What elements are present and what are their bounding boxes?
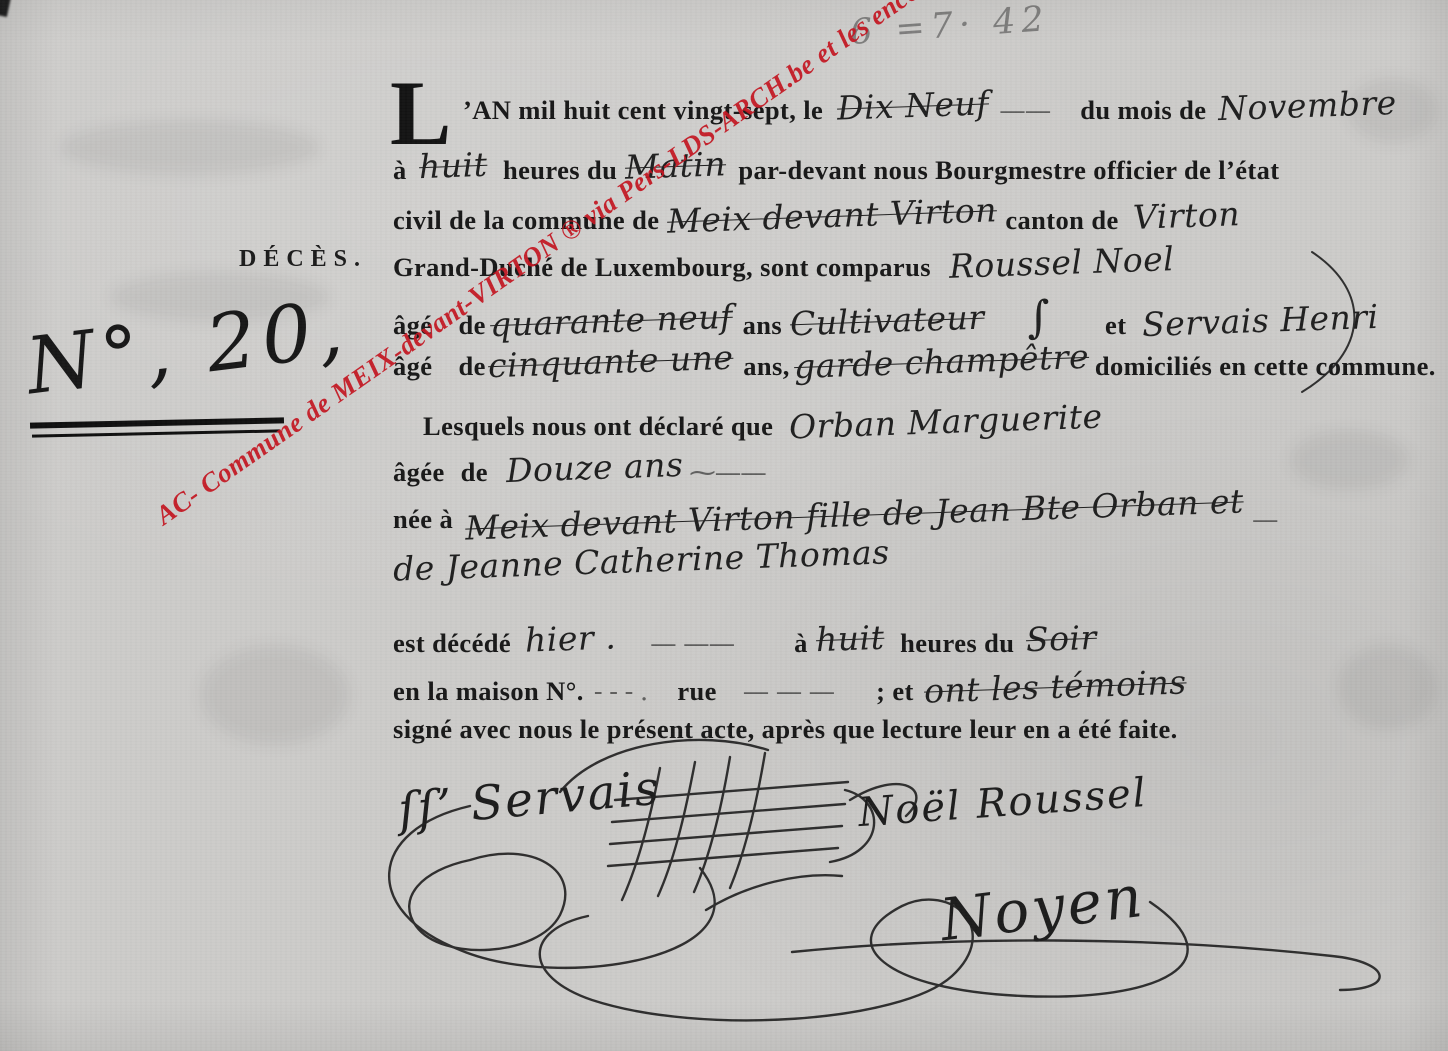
handwritten-witnesses-note: ont les témoins [923, 662, 1187, 710]
signature-witness-roussel: Noël Roussel [857, 770, 1149, 836]
printed-text: en la maison N°. [393, 676, 584, 706]
handwritten-witness1-name: Roussel Noel [948, 239, 1174, 286]
handwritten-canton: Virton [1132, 194, 1240, 237]
pen-dash: — [1252, 504, 1278, 535]
printed-text: canton de [1005, 205, 1118, 235]
printed-text: heures du [900, 628, 1014, 658]
act-line-12: en la maison N°.- - - .rue— — —; etont l… [393, 669, 1186, 708]
death-record-scan: 6 =7· 42 N°, 20, DÉCÈS. L ’AN mil huit c… [0, 0, 1448, 1051]
printed-text: ans, [743, 351, 790, 381]
signature-officer-noyen: Noyen [937, 862, 1149, 954]
margin-act-number: N°, 20, [22, 284, 353, 413]
printed-text: à [393, 155, 407, 185]
act-line-10: de Jeanne Catherine Thomas [393, 543, 890, 582]
act-line-2: àhuitheures duMatinpar-devant nous Bourg… [393, 148, 1280, 187]
handwritten-profession: garde champêtre [793, 337, 1089, 386]
handwritten-death-day: hier . [524, 617, 616, 659]
signature-witness-servais: ſſ’ Servais [396, 761, 663, 839]
act-line-6: âgédecinquante uneans,garde champêtredom… [393, 344, 1436, 383]
bleed-through-smudge [200, 645, 350, 745]
handwritten-commune: Meix devant Virton [667, 190, 998, 240]
pen-dash: — —— [650, 628, 734, 659]
act-line-13: signé avec nous le présent acte, après q… [393, 714, 1178, 745]
printed-text: domiciliés en cette commune. [1095, 351, 1436, 381]
margin-double-rule [30, 417, 284, 428]
act-line-7: Lesquels nous ont déclaré queOrban Margu… [393, 404, 1103, 443]
scan-corner-mark [0, 0, 11, 17]
printed-text: à [794, 628, 808, 658]
act-line-3: civil de la commune deMeix devant Virton… [393, 198, 1240, 237]
handwritten-deceased-name: Orban Marguerite [789, 397, 1104, 447]
pen-dash: —— [999, 95, 1050, 126]
printed-text: signé avec nous le présent acte, après q… [393, 714, 1178, 744]
pen-dash: ⁓—— [689, 457, 766, 488]
printed-text: et [1105, 310, 1126, 340]
printed-text: ans [743, 310, 783, 340]
bleed-through-smudge [1338, 645, 1438, 730]
handwritten-hour: huit [418, 145, 488, 186]
printed-text: Lesquels nous ont déclaré que [423, 411, 773, 441]
pen-dash: - - - . [594, 676, 648, 707]
printed-text: heures du [503, 155, 617, 185]
handwritten-death-period: Soir [1026, 618, 1098, 659]
printed-text: de [458, 351, 485, 381]
pen-flourish: ∫ [1026, 292, 1051, 344]
pen-dash: — — — [743, 676, 834, 707]
printed-text: de [461, 457, 488, 487]
act-line-5: âgédequarante neufansCultivateur∫etServa… [393, 294, 1379, 345]
handwritten-witness2-name: Servais Henri [1142, 297, 1380, 344]
printed-text: est décédé [393, 628, 511, 658]
act-line-11: est décédéhier .— ——àhuitheures duSoir [393, 621, 1097, 660]
bleed-through-smudge [60, 120, 320, 175]
margin-double-rule [32, 429, 280, 437]
act-type-label: DÉCÈS. [239, 246, 367, 273]
printed-text: née à [393, 504, 453, 534]
printed-text: du mois de [1080, 95, 1206, 125]
printed-text: âgée [393, 457, 445, 487]
printed-text: rue [677, 676, 716, 706]
bleed-through-smudge [1290, 430, 1410, 490]
printed-text: par-devant nous Bourgmestre officier de … [738, 155, 1279, 185]
printed-text: ; et [876, 676, 914, 706]
act-line-8: âgéedeDouze ans⁓—— [393, 450, 766, 489]
handwritten-profession: Cultivateur [789, 298, 985, 344]
printed-text: Grand-Duché de Luxembourg, sont comparus [393, 252, 931, 282]
act-line-9: née àMeix devant Virton fille de Jean Bt… [393, 497, 1277, 536]
handwritten-day: Dix Neuf [837, 83, 990, 127]
handwritten-age: quarante neuf [489, 297, 733, 344]
handwritten-death-hour: huit [815, 618, 885, 659]
handwritten-month: Novembre [1218, 83, 1398, 128]
handwritten-deceased-age: Douze ans [505, 445, 684, 490]
handwritten-age: cinquante une [487, 338, 734, 386]
act-line-1: ’AN mil huit cent vingt-sept, leDix Neuf… [393, 88, 1397, 127]
